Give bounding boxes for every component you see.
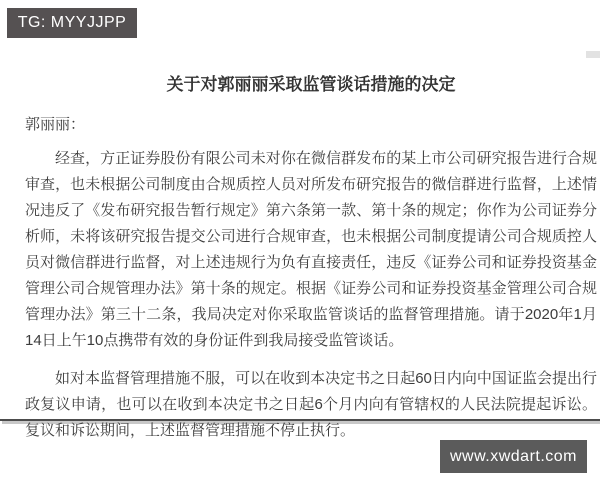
document-corner-shadow bbox=[586, 51, 600, 58]
document-title: 关于对郭丽丽采取监管谈话措施的决定 bbox=[25, 57, 597, 96]
paragraph-appeal-rights: 如对本监督管理措施不服，可以在收到本决定书之日起60日内向中国证监会提出行政复议… bbox=[25, 366, 597, 444]
addressee: 郭丽丽： bbox=[25, 112, 597, 138]
website-watermark-badge: www.xwdart.com bbox=[440, 440, 587, 473]
paragraph-findings: 经查，方正证券股份有限公司未对你在微信群发布的某上市公司研究报告进行合规审查，也… bbox=[25, 146, 597, 354]
page: { "watermarks": { "top": "TG: MYYJJPP", … bbox=[0, 0, 600, 480]
document-page: 关于对郭丽丽采取监管谈话措施的决定 郭丽丽： 经查，方正证券股份有限公司未对你在… bbox=[0, 57, 600, 421]
telegram-watermark-badge: TG: MYYJJPP bbox=[7, 8, 137, 38]
